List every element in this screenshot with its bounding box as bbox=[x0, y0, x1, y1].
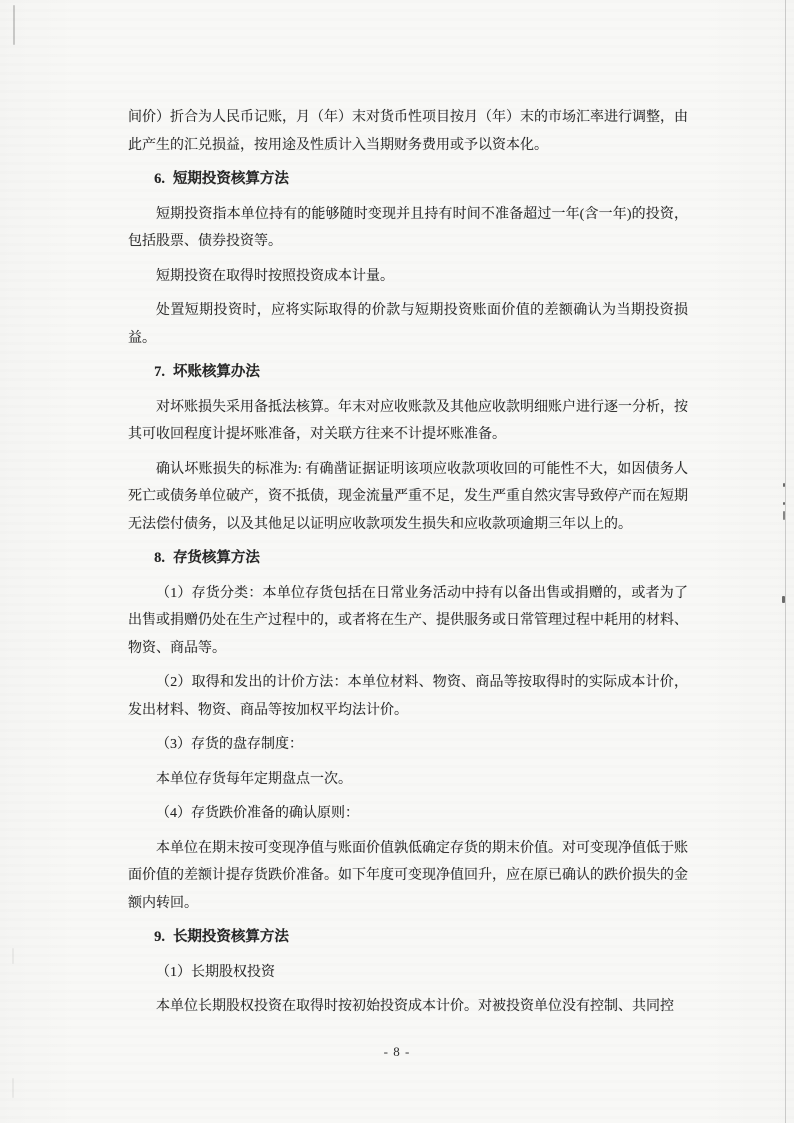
scanned-page: { "colors": { "paper": "#f8f8f6", "ink":… bbox=[0, 0, 794, 1123]
paragraph: 本单位在期末按可变现净值与账面价值孰低确定存货的期末价值。对可变现净值低于账面价… bbox=[128, 835, 688, 918]
paragraph: 对坏账损失采用备抵法核算。年末对应收账款及其他应收款明细账户进行逐一分析，按其可… bbox=[128, 394, 688, 449]
paragraph: 本单位长期股权投资在取得时按初始投资成本计价。对被投资单位没有控制、共同控 bbox=[128, 993, 688, 1021]
scan-artifact-left-top-line bbox=[13, 5, 15, 45]
scan-artifact-left-mark bbox=[12, 1078, 14, 1098]
section-title: 短期投资核算方法 bbox=[173, 171, 289, 187]
scan-artifact-speck bbox=[783, 483, 785, 487]
document-text: 间价）折合为人民币记账，月（年）末对货币性项目按月（年）末的市场汇率进行调整，由… bbox=[128, 104, 688, 1028]
page-number: - 8 - bbox=[384, 1044, 411, 1059]
section-title: 坏账核算办法 bbox=[173, 364, 260, 380]
paragraph: （2）取得和发出的计价方法：本单位材料、物资、商品等按取得时的实际成本计价，发出… bbox=[128, 669, 688, 724]
scan-artifact-speck bbox=[783, 502, 785, 505]
section-title: 存货核算方法 bbox=[173, 550, 260, 566]
scan-artifact-left-mark bbox=[12, 948, 14, 964]
paragraph: 确认坏账损失的标准为: 有确凿证据证明该项应收款项收回的可能性不大，如因债务人死… bbox=[128, 456, 688, 539]
paragraph: 短期投资在取得时按照投资成本计量。 bbox=[128, 263, 688, 291]
paragraph: 短期投资指本单位持有的能够随时变现并且持有时间不准备超过一年(含一年)的投资，包… bbox=[128, 201, 688, 256]
section-heading: 8.存货核算方法 bbox=[128, 545, 688, 573]
page-footer: - 8 - bbox=[0, 1044, 794, 1060]
section-number: 6. bbox=[154, 171, 165, 187]
section-title: 长期投资核算方法 bbox=[173, 929, 289, 945]
scan-artifact-speck bbox=[783, 511, 785, 520]
paragraph: （1）长期股权投资 bbox=[128, 959, 688, 987]
paragraph: （3）存货的盘存制度： bbox=[128, 731, 688, 759]
scan-artifact-right-edge-line bbox=[785, 0, 786, 1123]
section-number: 7. bbox=[154, 364, 165, 380]
scan-artifact-speck bbox=[782, 596, 785, 603]
section-number: 9. bbox=[154, 929, 165, 945]
document-page: 间价）折合为人民币记账，月（年）末对货币性项目按月（年）末的市场汇率进行调整，由… bbox=[0, 0, 794, 1123]
continuation-paragraph: 间价）折合为人民币记账，月（年）末对货币性项目按月（年）末的市场汇率进行调整，由… bbox=[128, 104, 688, 159]
paragraph: （1）存货分类：本单位存货包括在日常业务活动中持有以备出售或捐赠的，或者为了出售… bbox=[128, 580, 688, 663]
paragraph: 本单位存货每年定期盘点一次。 bbox=[128, 766, 688, 794]
section-heading: 9.长期投资核算方法 bbox=[128, 924, 688, 952]
paragraph: （4）存货跌价准备的确认原则： bbox=[128, 800, 688, 828]
section-heading: 7.坏账核算办法 bbox=[128, 359, 688, 387]
section-heading: 6.短期投资核算方法 bbox=[128, 166, 688, 194]
paragraph: 处置短期投资时，应将实际取得的价款与短期投资账面价值的差额确认为当期投资损益。 bbox=[128, 297, 688, 352]
section-number: 8. bbox=[154, 550, 165, 566]
